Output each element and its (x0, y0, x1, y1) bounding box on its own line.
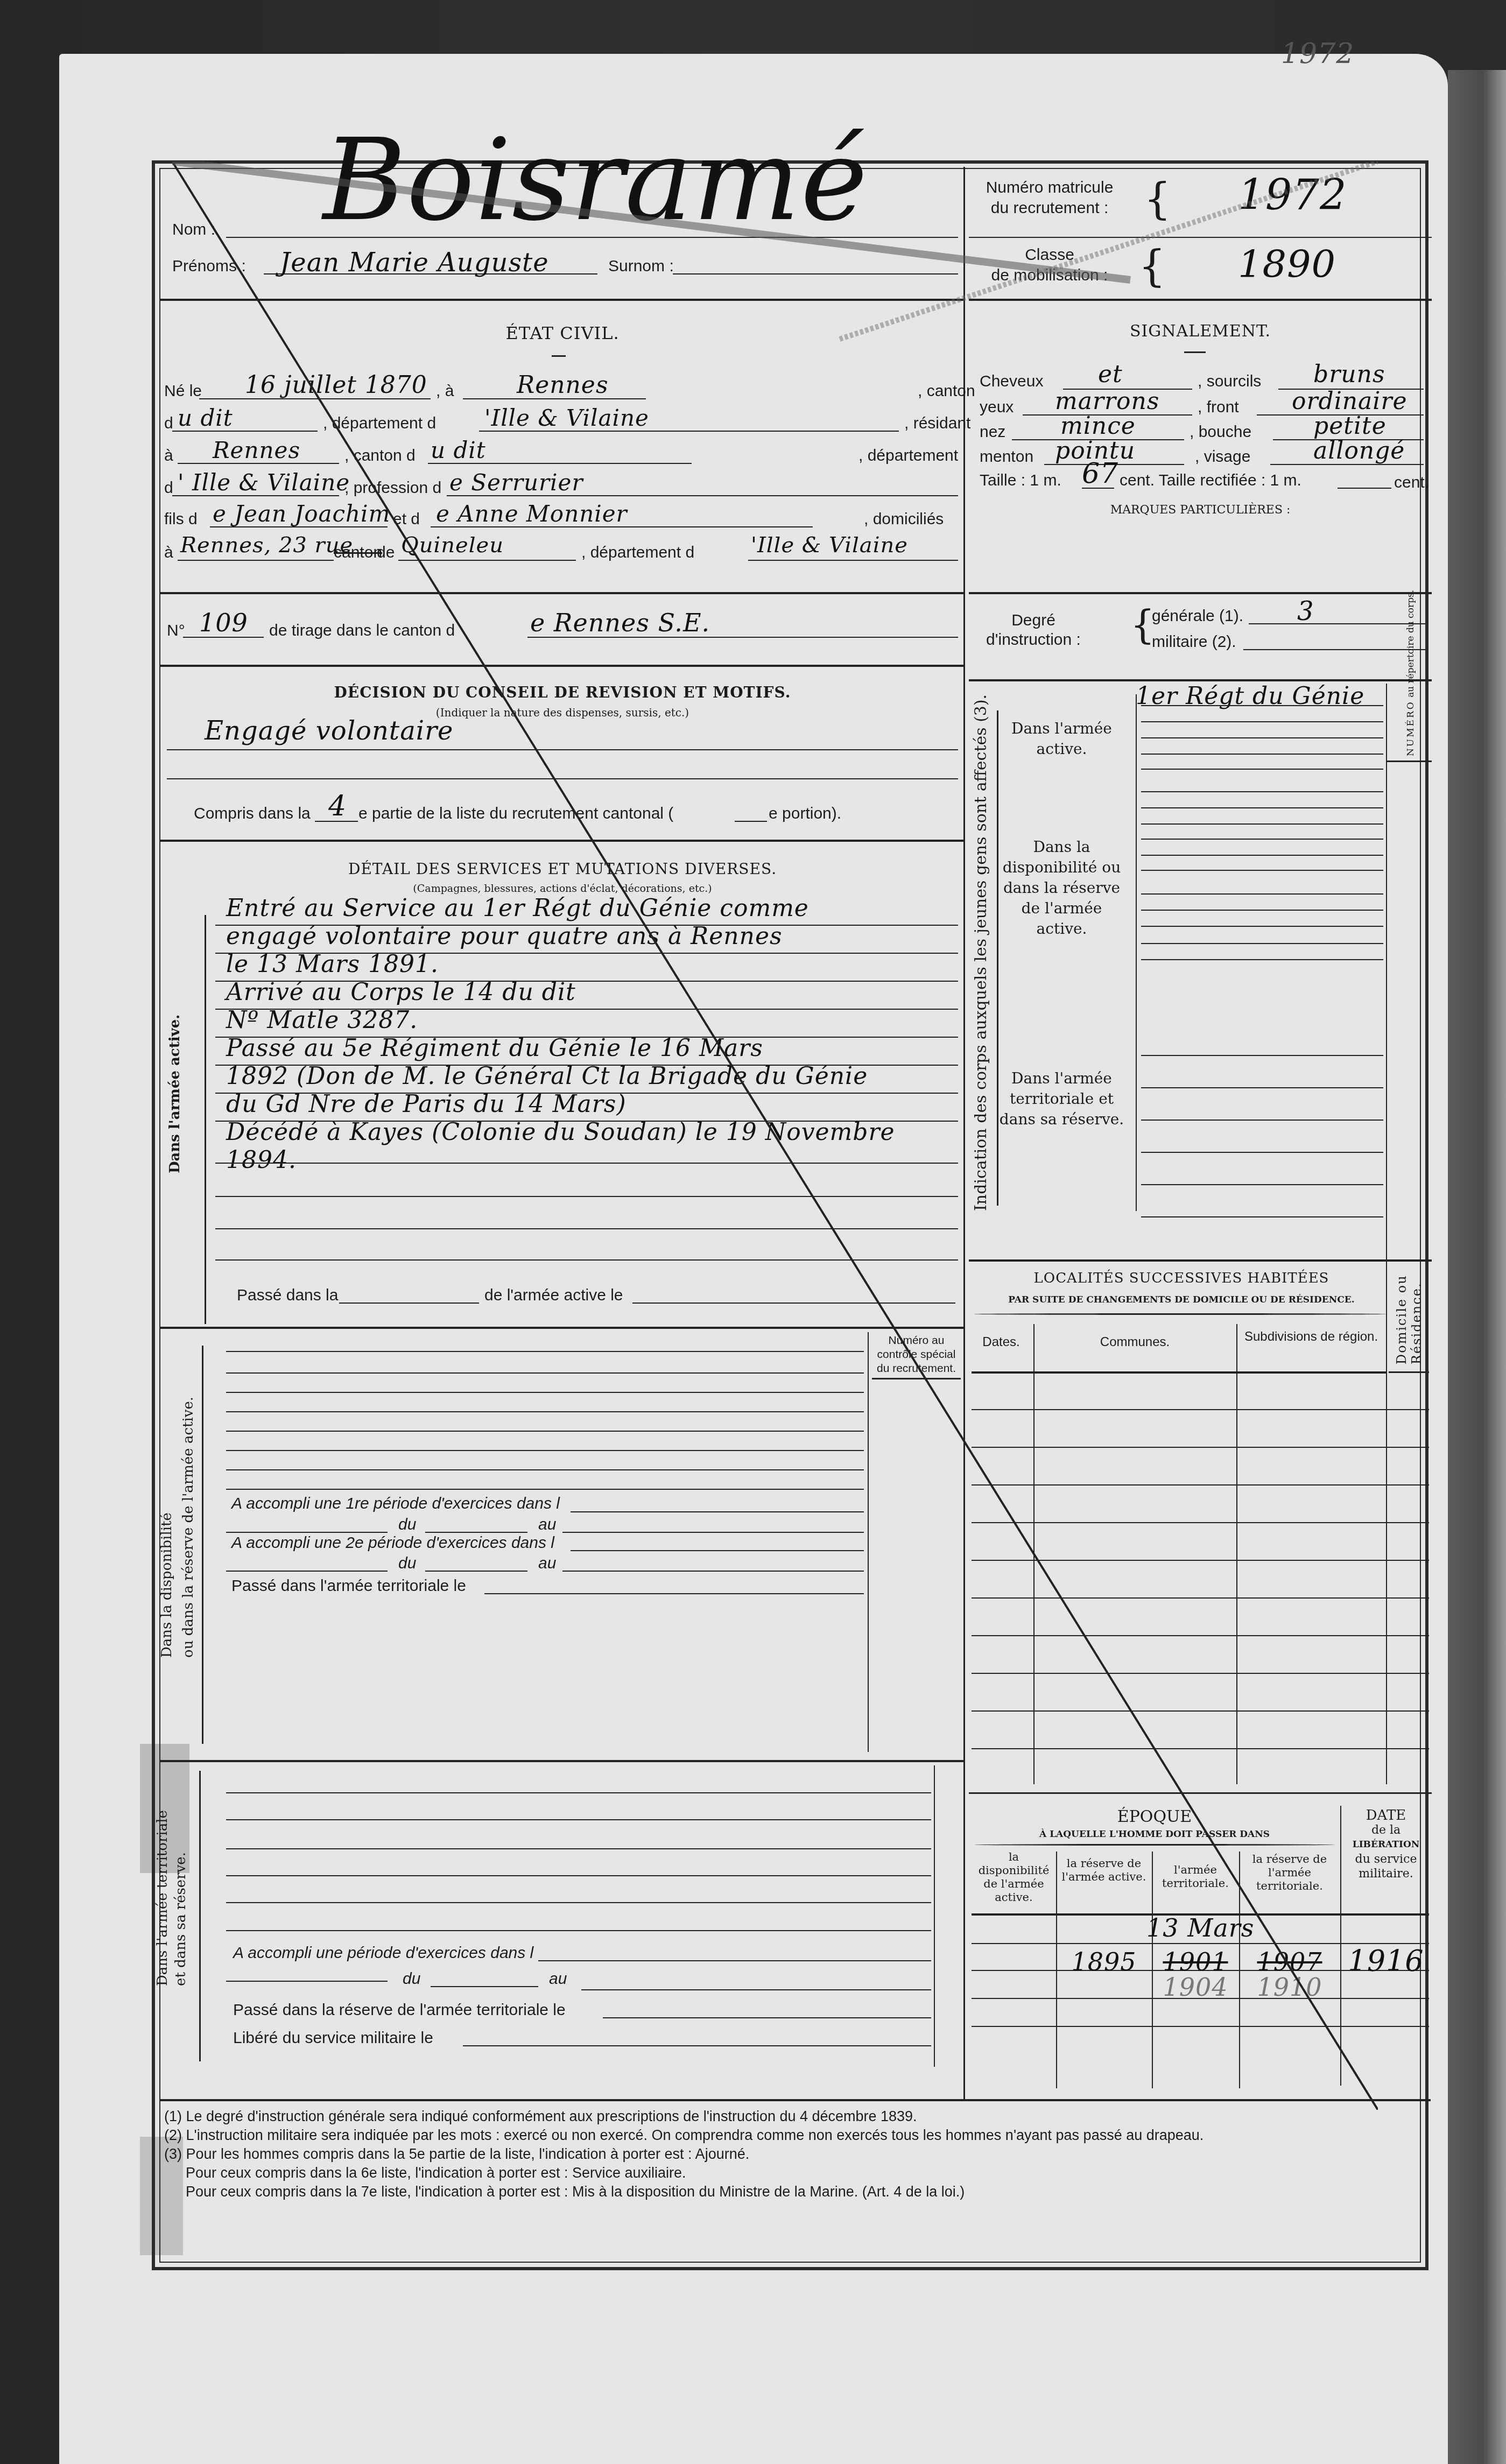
matricule-label: Numéro matricule du recrutement : (969, 178, 1130, 219)
brace: { (1138, 245, 1166, 288)
au-label: au (538, 1554, 556, 1573)
a3-value: Rennes, 23 rue (180, 533, 353, 558)
degre-label: Degré d'instruction : (974, 611, 1093, 650)
row-line (972, 1560, 1429, 1561)
affect-territoriale-label: Dans l'armée territoriale et dans sa rés… (998, 1068, 1125, 1130)
divider (969, 237, 1432, 238)
periode1-label: A accompli une 1re période d'exercices d… (231, 1495, 560, 1513)
tirage-canton-label: de tirage dans le canton d (269, 622, 455, 640)
menton-label: menton (980, 448, 1033, 466)
et-de-value: e Anne Monnier (436, 501, 628, 527)
row-line (1141, 870, 1383, 871)
d-value: u dit (178, 405, 233, 431)
residant-label: , résidant (904, 414, 970, 433)
underline (603, 2017, 931, 2018)
departement3-value: 'Ille & Vilaine (751, 533, 908, 558)
canton2-value: u dit (431, 437, 486, 463)
nom-label: Nom : (172, 221, 215, 239)
footnote-3: (3) Pour les hommes compris dans la 5e p… (164, 2145, 1424, 2164)
row-line (972, 2026, 1429, 2027)
sourcils-label: , sourcils (1198, 372, 1261, 391)
libere-label: Libéré du service militaire le (233, 2029, 433, 2047)
column-divider (1386, 1268, 1387, 1784)
service-line: engagé volontaire pour quatre ans à Renn… (226, 923, 958, 951)
column-divider (1033, 1324, 1035, 1784)
classe-label: Classe de mobilisation : (969, 245, 1130, 286)
row-line (226, 1450, 864, 1451)
row-line (1141, 910, 1383, 911)
taille-cent2-label: cent. (1394, 474, 1429, 492)
footnote-1: (1) Le degré d'instruction générale sera… (164, 2107, 1424, 2126)
row-line (226, 1792, 931, 1793)
localites-title: LOCALITÉS SUCCESSIVES HABITÉES (969, 1270, 1394, 1286)
prenoms-label: Prénoms : (172, 257, 246, 276)
passe-label-1: Passé dans la (237, 1286, 338, 1305)
row-line (972, 1748, 1429, 1749)
row-line (1141, 769, 1383, 770)
localites-col-dates: Dates. (969, 1335, 1033, 1350)
divider (160, 592, 963, 594)
row-line (226, 1489, 864, 1490)
brace-line (205, 915, 206, 1324)
row-line (226, 1372, 864, 1374)
underline (1243, 649, 1426, 650)
prenoms-value: Jean Marie Auguste (280, 248, 549, 278)
nez-value: mince (1060, 412, 1136, 440)
territoriale-side-label: Dans l'armée territoriale et dans sa rés… (153, 1810, 190, 1986)
column-divider (1236, 1324, 1237, 1784)
underline (425, 1532, 527, 1533)
divider (872, 1378, 961, 1379)
service-line: Passé au 5e Régiment du Génie le 16 Mars (226, 1034, 958, 1062)
nez-label: nez (980, 423, 1005, 441)
underline (562, 1532, 864, 1533)
compris-label-3: e portion). (769, 805, 841, 823)
generale-value: 3 (1297, 596, 1314, 626)
divider (160, 1327, 963, 1329)
underline (167, 778, 958, 779)
row-line (215, 1196, 958, 1197)
row-line (215, 953, 958, 954)
row-line (1141, 893, 1383, 895)
tirage-no-value: 109 (199, 608, 248, 637)
profession-label: , profession d (344, 479, 441, 497)
canton-label: , canton (918, 382, 975, 400)
yeux-label: yeux (980, 398, 1014, 417)
epoque-subtitle: À LAQUELLE L'HOMME DOIT PASSER DANS (969, 1829, 1340, 1840)
epoque-corrected-reserve-territoriale: 1910 (1239, 1973, 1340, 2002)
underline (484, 1593, 864, 1594)
underline (226, 1532, 388, 1533)
front-value: ordinaire (1292, 388, 1407, 415)
brace-horizontal (974, 1313, 1386, 1315)
brace-line (199, 1771, 201, 2061)
footnote-2: (2) L'instruction militaire sera indiqué… (164, 2126, 1424, 2145)
underline (1338, 488, 1391, 489)
row-line (1141, 839, 1383, 840)
column-divider (963, 167, 965, 2099)
a2-value: Rennes (213, 437, 300, 463)
row-line (226, 1392, 864, 1393)
service-line: Décédé à Kayes (Colonie du Soudan) le 19… (226, 1118, 958, 1174)
domicile-residence-label: Domicile ou Résidence. (1394, 1275, 1424, 1364)
profession-value: e Serrurier (449, 469, 583, 496)
row-line (1141, 1055, 1383, 1056)
fils-de-label: fils d (164, 510, 198, 529)
surnom-label: Surnom : (608, 257, 674, 276)
cheveux-value: et (1098, 361, 1123, 388)
divider (969, 679, 1432, 681)
passe-territoriale-label: Passé dans l'armée territoriale le (231, 1577, 466, 1595)
brace: { (1130, 606, 1155, 644)
divider (969, 1259, 1432, 1262)
visage-label: , visage (1195, 448, 1250, 466)
footnote-4: Pour ceux compris dans la 6e liste, l'in… (164, 2164, 1424, 2183)
underline (748, 560, 958, 561)
localites-col-subdivisions: Subdivisions de région. (1236, 1329, 1386, 1344)
divider (1389, 1371, 1429, 1373)
brace-horizontal (974, 1844, 1335, 1846)
epoque-value-reserve-active: 1895 (1056, 1947, 1152, 1976)
underline (735, 821, 767, 822)
sourcils-value: bruns (1313, 361, 1385, 388)
tirage-no-label: N° (167, 622, 185, 640)
numero-controle-label: Numéro au contrôle spécial du recrutemen… (869, 1334, 963, 1376)
a-value: Rennes (517, 371, 608, 399)
classe-value: 1890 (1238, 242, 1336, 286)
surnom-underline (673, 273, 958, 274)
underline (178, 560, 334, 561)
d2-label: d (164, 479, 173, 497)
underline (1249, 623, 1426, 624)
underline (632, 1303, 955, 1304)
visage-value: allongé (1313, 437, 1405, 464)
decision-title: DÉCISION DU CONSEIL DE REVISION ET MOTIF… (161, 684, 963, 701)
brace: { (1144, 178, 1171, 221)
taille-label: Taille : 1 m. (980, 471, 1061, 490)
row-line (1141, 823, 1383, 825)
d2-value: ' Ille & Vilaine (178, 469, 350, 496)
divider (160, 665, 963, 667)
divider (1386, 761, 1432, 762)
nom-value: Boisramé (323, 124, 868, 237)
row-line (226, 1930, 931, 1931)
row-line (972, 1597, 1429, 1599)
row-line (226, 1875, 931, 1876)
departement-value: 'Ille & Vilaine (484, 405, 649, 431)
row-line (226, 1351, 864, 1352)
departement-label: , département d (323, 414, 436, 433)
canton2-label: , canton d (344, 447, 416, 465)
row-line (1141, 855, 1383, 856)
row-line (215, 1228, 958, 1229)
front-label: , front (1198, 398, 1239, 417)
underline (571, 1511, 864, 1512)
row-line (1141, 1120, 1383, 1121)
date-liberation-header: DATE de la LIBÉRATION du service militai… (1340, 1808, 1432, 1881)
compris-label-2: e partie de la liste du recrutement cant… (358, 805, 673, 823)
underline (226, 1571, 388, 1572)
yeux-value: marrons (1055, 388, 1159, 415)
row-line (1141, 1184, 1383, 1185)
footnote-5: Pour ceux compris dans la 7e liste, l'in… (164, 2183, 1424, 2201)
taille-value: 67 (1082, 457, 1118, 490)
epoque-col-territoriale: l'armée territoriale. (1152, 1863, 1239, 1890)
divider (969, 592, 1432, 594)
service-line: Nº Matle 3287. (226, 1006, 958, 1034)
underline (571, 1550, 864, 1551)
localites-subtitle: PAR SUITE DE CHANGEMENTS DE DOMICILE OU … (969, 1294, 1394, 1305)
header-rule (972, 1371, 1386, 1374)
row-line (215, 1037, 958, 1038)
services-side-label: Dans l'armée active. (167, 1015, 183, 1173)
epoque-day-note: 13 Mars (1146, 1913, 1254, 1942)
divider (160, 2099, 1431, 2101)
row-line (215, 1121, 958, 1122)
underline (538, 1960, 931, 1961)
service-line: Entré au Service au 1er Régt du Génie co… (226, 895, 958, 923)
et-de-label: et d (393, 510, 420, 529)
generale-label: générale (1). (1152, 607, 1243, 625)
du-label: du (403, 1970, 420, 1988)
canton3-label: de (377, 544, 395, 562)
underline (398, 560, 576, 561)
row-line (215, 1163, 958, 1164)
underline (425, 1571, 527, 1572)
departement3-label: , département d (581, 544, 694, 562)
brace-line (1136, 883, 1137, 1211)
periode2-label: A accompli une 2e période d'exercices da… (231, 1534, 554, 1552)
marques-title: MARQUES PARTICULIÈRES : (969, 503, 1432, 517)
passe-reserve-label: Passé dans la réserve de l'armée territo… (233, 2001, 566, 2019)
d-label: d (164, 414, 173, 433)
underline (581, 1989, 931, 1990)
service-line: 1892 (Don de M. le Général Ct la Brigade… (226, 1062, 958, 1090)
row-line (1141, 1216, 1383, 1217)
column-divider (934, 1765, 935, 2067)
militaire-label: militaire (2). (1152, 633, 1236, 651)
row-line (972, 1635, 1429, 1636)
underline (226, 1981, 388, 1982)
dispo-side-label: Dans la disponibilité ou dans la réserve… (156, 1397, 199, 1658)
row-line (972, 1710, 1429, 1712)
divider (160, 299, 963, 301)
epoque-col-disponibilite: la disponibilité de l'armée active. (972, 1850, 1056, 1904)
liberation-value: 1916 (1340, 1944, 1432, 1978)
a2-label: à (164, 447, 173, 465)
title-rule (552, 355, 566, 357)
passe-label-2: de l'armée active le (484, 1286, 623, 1305)
row-line (226, 1469, 864, 1470)
row-line (215, 981, 958, 982)
services-subtitle: (Campagnes, blessures, actions d'éclat, … (161, 883, 963, 895)
decision-value: Engagé volontaire (205, 716, 453, 746)
epoque-col-reserve-territoriale: la réserve de l'armée territoriale. (1239, 1853, 1340, 1893)
ne-le-value: 16 juillet 1870 (245, 371, 427, 399)
epoque-value-territoriale: 1901 (1152, 1947, 1239, 1976)
row-line (972, 1522, 1429, 1523)
du-label: du (398, 1516, 416, 1534)
au-label: au (549, 1970, 567, 1988)
underline (167, 749, 958, 750)
numero-repertoire-label: NUMÉRO au répertoire du corps. (1405, 590, 1417, 756)
row-line (1141, 1087, 1383, 1088)
row-line (226, 1819, 931, 1820)
divider (969, 299, 1432, 301)
matricule-value: 1972 (1238, 171, 1347, 220)
row-line (972, 1484, 1429, 1486)
au-label: au (538, 1516, 556, 1534)
departement2-label: , département (858, 447, 958, 465)
row-line (226, 1431, 864, 1432)
affect-active-label: Dans l'armée active. (998, 719, 1125, 759)
epoque-corrected-territoriale: 1904 (1152, 1973, 1239, 2002)
canton3-struck-label: canton (334, 544, 382, 562)
bouche-value: petite (1313, 412, 1387, 440)
row-line (1141, 1152, 1383, 1153)
canton3-value: Quineleu (401, 533, 504, 558)
divider (160, 1760, 963, 1762)
localites-col-communes: Communes. (1033, 1335, 1236, 1350)
footnotes: (1) Le degré d'instruction générale sera… (164, 2107, 1424, 2201)
column-divider (868, 1332, 869, 1752)
a3-label: à (164, 544, 173, 562)
row-line (215, 1259, 958, 1261)
row-line (215, 1065, 958, 1066)
service-line: le 13 Mars 1891. (226, 951, 958, 978)
row-line (1141, 926, 1383, 927)
row-line (1141, 807, 1383, 808)
row-line (1141, 721, 1383, 722)
corner-page-number: 1972 (1281, 38, 1354, 70)
divider (160, 840, 963, 842)
row-line (1141, 737, 1383, 738)
title-rule (1184, 351, 1206, 353)
underline (463, 2045, 931, 2046)
row-line (972, 1409, 1429, 1410)
affectation-vertical-label: Indication des corps auxquels les jeunes… (972, 694, 990, 1211)
row-line (972, 1673, 1429, 1674)
a-label: , à (436, 382, 454, 400)
row-line (972, 1447, 1429, 1448)
epoque-value-reserve-territoriale: 1907 (1239, 1947, 1340, 1976)
underline (562, 1571, 864, 1572)
affect-dispo-label: Dans la disponibilité ou dans la réserve… (998, 837, 1125, 939)
bouche-label: , bouche (1190, 423, 1251, 441)
compris-value: 4 (328, 790, 347, 822)
row-line (226, 1411, 864, 1412)
service-line: du Gd Nre de Paris du 14 Mars) (226, 1090, 958, 1118)
compris-label: Compris dans la (194, 805, 311, 823)
du-label: du (398, 1554, 416, 1573)
territoriale-periode-label: A accompli une période d'exercices dans … (233, 1944, 533, 1962)
service-line: Arrivé au Corps le 14 du dit (226, 978, 958, 1006)
row-line (215, 1093, 958, 1094)
underline (339, 1303, 479, 1304)
row-line (226, 1848, 931, 1849)
book-spine (1448, 70, 1506, 2464)
tirage-canton-value: e Rennes S.E. (530, 608, 710, 637)
row-line (1141, 705, 1383, 706)
brace-line (997, 710, 998, 1206)
signalement-title: SIGNALEMENT. (969, 322, 1432, 341)
row-line (1141, 791, 1383, 792)
taille-cent-label: cent. Taille rectifiée : 1 m. (1120, 471, 1301, 490)
row-line (215, 925, 958, 926)
epoque-col-reserve-active: la réserve de l'armée active. (1056, 1857, 1152, 1884)
brace-line (202, 1346, 203, 1744)
row-line (1141, 959, 1383, 960)
underline (431, 1986, 538, 1987)
epoque-title: ÉPOQUE (969, 1807, 1340, 1826)
etat-civil-title: ÉTAT CIVIL. (161, 323, 963, 343)
divider (969, 1792, 1432, 1794)
cheveux-label: Cheveux (980, 372, 1043, 391)
row-line (226, 1902, 931, 1903)
fils-de-value: e Jean Joachim (213, 501, 390, 527)
row-line (1141, 754, 1383, 755)
services-title: DÉTAIL DES SERVICES ET MUTATIONS DIVERSE… (161, 860, 963, 878)
row-line (215, 1009, 958, 1010)
ne-le-label: Né le (164, 382, 202, 400)
domicilies-label: , domiciliés (864, 510, 944, 529)
services-entries: Entré au Service au 1er Régt du Génie co… (226, 895, 958, 1174)
row-line (1141, 943, 1383, 944)
